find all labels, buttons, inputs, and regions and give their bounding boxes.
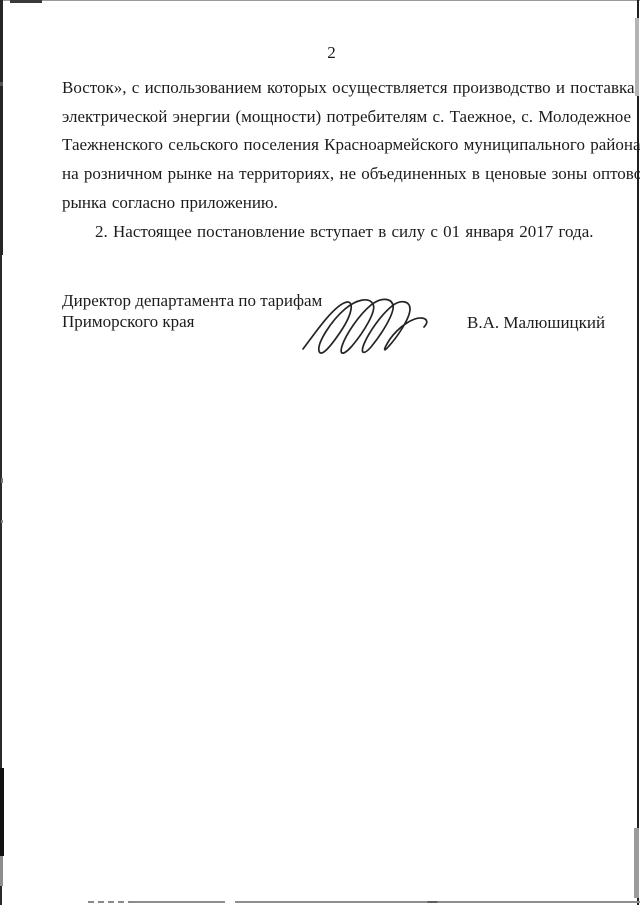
signatory-title: Директор департамента по тарифам Приморс…	[62, 290, 332, 332]
paragraph-line: Восток», с использованием которых осущес…	[62, 74, 601, 103]
signer-name: В.А. Малюшицкий	[467, 312, 627, 333]
paragraph-line: электрической энергии (мощности) потреби…	[62, 103, 601, 132]
scan-edge-top-line	[0, 0, 640, 1]
body-text: Восток», с использованием которых осущес…	[62, 74, 601, 246]
paragraph-line: Таежненского сельского поселения Красноа…	[62, 131, 601, 160]
scan-edge-top-dark-segment	[10, 0, 42, 3]
scan-edge-right-gray-bottom	[634, 828, 639, 898]
paragraph-line: на розничном рынке на территориях, не об…	[62, 160, 601, 189]
scan-edge-left-gray-segment	[0, 856, 3, 886]
scan-edge-left-thick-segment	[0, 768, 4, 856]
scan-speck	[0, 82, 3, 86]
scan-edge-left-line	[0, 0, 2, 905]
scan-bottom-dashed-line	[88, 901, 134, 903]
scan-edge-right-gray-top	[635, 18, 639, 96]
paragraph-2: 2. Настоящее постановление вступает в си…	[62, 218, 601, 247]
paragraph-line: рынка согласно приложению.	[62, 189, 601, 218]
signatory-title-line-1: Директор департамента по тарифам	[62, 290, 332, 311]
scan-speck	[1, 520, 3, 523]
page-number: 2	[62, 43, 601, 62]
document-page: 2 Восток», с использованием которых осущ…	[0, 0, 640, 905]
scan-edge-left-top-segment	[0, 0, 3, 255]
scan-speck	[1, 478, 3, 483]
scan-bottom-solid-line	[134, 901, 640, 903]
signatory-title-line-2: Приморского края	[62, 311, 332, 332]
handwritten-signature-icon	[297, 291, 433, 367]
